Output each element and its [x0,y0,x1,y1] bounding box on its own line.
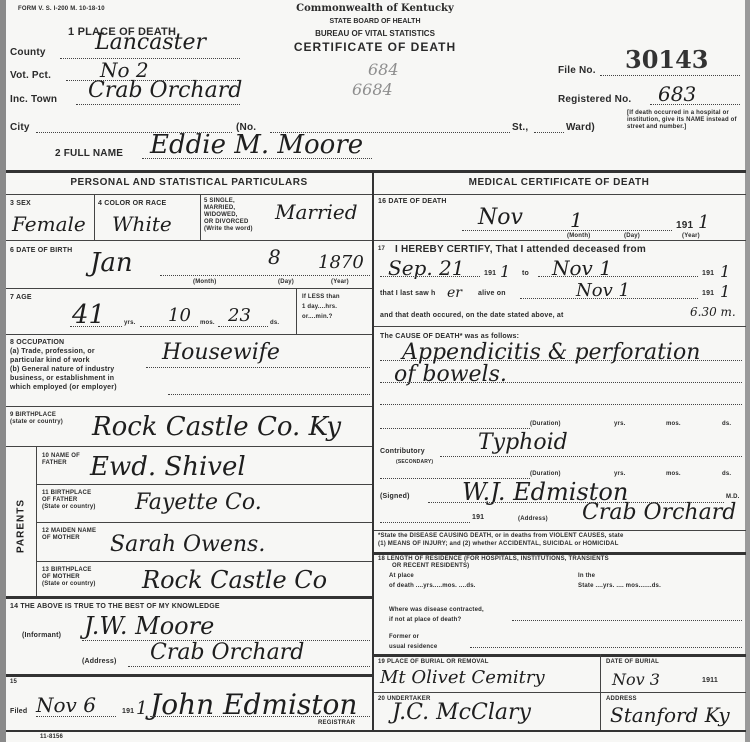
parents-side-label: PARENTS [9,470,33,582]
bureau-title: BUREAU OF VITAL STATISTICS [265,29,485,38]
contributory-sub: (SECONDARY) [396,459,433,465]
dod-month: Nov [478,205,523,230]
county-value: Lancaster [95,30,206,55]
sex-label: 3 SEX [10,200,31,207]
personal-section-title: PERSONAL AND STATISTICAL PARTICULARS [8,177,370,188]
informant-label: (Informant) [22,632,61,639]
file-no-value: 30143 [625,45,709,74]
dob-day: 8 [268,245,281,269]
vot-pct-label: Vot. Pct. [10,70,51,81]
former-residence: Former or usual residence [389,632,437,652]
burial-place-label: 19 PLACE OF BURIAL OR REMOVAL [378,659,489,665]
occupation-label: 8 OCCUPATION (a) Trade, profession, or p… [10,338,117,392]
ward-label: Ward) [566,122,595,133]
dod-month-caption: (Month) [567,233,590,239]
footnote-line-2: (1) MEANS OF INJURY; and (2) whether ACC… [378,541,619,547]
filed-date: Nov 6 [36,693,96,717]
footnote-line-1: *State the DISEASE CAUSING DEATH, or in … [378,533,624,539]
to-label: to [522,270,529,277]
last-saw-year: 191 [702,290,714,297]
state-title: Commonwealth of Kentucky [265,3,485,14]
day-caption: (Day) [278,279,294,285]
certify-number: 17 [378,246,385,252]
disease-contracted: Where was disease contracted, if not at … [389,605,484,625]
scan-edge-left [0,0,6,742]
inc-town-value: Crab Orchard [88,78,242,103]
dod-year-suffix: 1 [698,212,709,233]
registrar-label: REGISTRAR [318,720,355,726]
mother-birthplace-label: 13 BIRTHPLACE OF MOTHER (State or countr… [42,567,96,588]
death-time: 6.30 m. [690,305,736,319]
burial-date-value: Nov 3 [612,670,660,689]
race-value: White [112,212,172,236]
registered-no-value: 683 [658,82,696,106]
burial-date-label: DATE OF BURIAL [606,659,659,665]
residence-label-2: OR RECENT RESIDENTS) [392,563,469,569]
mos-label: mos. [200,320,215,326]
signed-year: 191 [472,514,484,521]
last-saw-text: that I last saw h [380,290,436,297]
death-occurred-text: and that death occured, on the date stat… [380,312,564,319]
full-name-value: Eddie M. Moore [150,130,363,160]
less-than-day-note: If LESS than 1 day....hrs. or....min.? [302,292,340,322]
undertaker-address-value: Stanford Ky [610,703,730,727]
registered-no-label: Registered No. [558,94,631,105]
dod-year-caption: (Year) [682,233,700,239]
birthplace-value: Rock Castle Co. Ky [92,412,341,442]
undertaker-address-label: ADDRESS [606,696,637,702]
death-certificate: FORM V. S. I-200 M. 10-18-10 Commonwealt… [0,0,750,742]
signed-address-label: (Address) [518,516,548,522]
contributory-duration-label: (Duration) [530,471,561,477]
sex-value: Female [12,212,86,236]
filing-number: 15 [10,679,17,685]
birthplace-label: 9 BIRTHPLACE (state or country) [10,412,63,426]
mother-birthplace-value: Rock Castle Co [142,566,327,594]
cause-label: The CAUSE OF DEATH* was as follows: [380,333,519,340]
county-label: County [10,47,46,58]
medical-section-title: MEDICAL CERTIFICATE OF DEATH [376,177,742,188]
contributory-value: Typhoid [478,430,568,455]
father-name-label: 10 NAME OF FATHER [42,453,80,467]
month-caption: (Month) [193,279,216,285]
in-the-state: In the State ....yrs. .... mos.......ds. [578,571,661,591]
signed-address-value: Crab Orchard [582,500,736,525]
footer-code: 11-8156 [40,734,63,740]
age-months: 10 [168,305,191,326]
race-label: 4 COLOR OR RACE [98,200,166,207]
informant-address-label: (Address) [82,658,116,665]
margin-note-2: 6684 [352,80,393,99]
dob-month: Jan [90,248,133,278]
signed-label: (Signed) [380,493,410,500]
at-place-of-death: At place of death ....yrs.....mos. ....d… [389,571,476,591]
year-caption: (Year) [331,279,349,285]
occupation-a-value: Housewife [162,340,280,365]
residence-label-1: 18 LENGTH OF RESIDENCE (FOR HOSPITALS, I… [378,556,609,562]
duration-yrs: yrs. [614,421,625,427]
duration-ds: ds. [722,421,731,427]
margin-note-1: 684 [368,60,399,79]
yrs-label: yrs. [124,320,135,326]
scan-edge-right [745,0,750,742]
filed-label: Filed [10,708,27,715]
marital-value: Married [275,200,358,224]
contributory-label: Contributory [380,448,425,455]
mother-maiden-label: 12 MAIDEN NAME OF MOTHER [42,528,96,542]
certificate-title: CERTIFICATE OF DEATH [260,40,490,54]
age-days: 23 [228,305,251,326]
duration-mos: mos. [666,421,681,427]
filed-year-suffix: 1 [136,698,147,719]
mother-maiden-value: Sarah Owens. [110,532,265,557]
undertaker-value: J.C. McClary [392,700,531,725]
informant-statement: 14 THE ABOVE IS TRUE TO THE BEST OF MY K… [10,603,220,610]
inc-town-label: Inc. Town [10,94,57,105]
dob-label: 6 DATE OF BIRTH [10,247,72,254]
father-birthplace-value: Fayette Co. [135,490,262,515]
filed-year-prefix: 191 [122,708,134,715]
st-label: St., [512,122,528,133]
informant-value: J.W. Moore [84,612,214,640]
father-name-value: Ewd. Shivel [90,452,246,482]
duration-label: (Duration) [530,421,561,427]
attended-to-year: 191 [702,270,714,277]
marital-label: 5 SINGLE, MARRIED, WIDOWED, OR DIVORCED … [204,198,253,233]
full-name-label: 2 FULL NAME [55,148,123,159]
burial-date-year: 1911 [702,677,718,684]
board-title: STATE BOARD OF HEALTH [265,18,485,25]
last-saw-pronoun: er [447,285,462,301]
certify-text: I HEREBY CERTIFY, That I attended deceas… [395,244,646,255]
dod-day-caption: (Day) [624,233,640,239]
cause-line-2: of bowels. [394,362,507,387]
age-label: 7 AGE [10,294,32,301]
attended-from-year: 191 [484,270,496,277]
burial-place-value: Mt Olivet Cemitry [380,667,545,688]
informant-address-value: Crab Orchard [150,640,304,665]
dod-year-prefix: 191 [676,220,693,231]
ds-label: ds. [270,320,279,326]
dob-year: 1870 [318,252,364,273]
file-no-label: File No. [558,65,596,76]
father-birthplace-label: 11 BIRTHPLACE OF FATHER (State or countr… [42,490,96,511]
dod-label: 16 DATE OF DEATH [378,198,447,205]
dod-day: 1 [570,208,583,232]
hospital-note: [If death occurred in a hospital or inst… [627,110,742,131]
city-label: City [10,122,30,133]
alive-on-label: alive on [478,290,506,297]
form-number: FORM V. S. I-200 M. 10-18-10 [18,6,105,12]
